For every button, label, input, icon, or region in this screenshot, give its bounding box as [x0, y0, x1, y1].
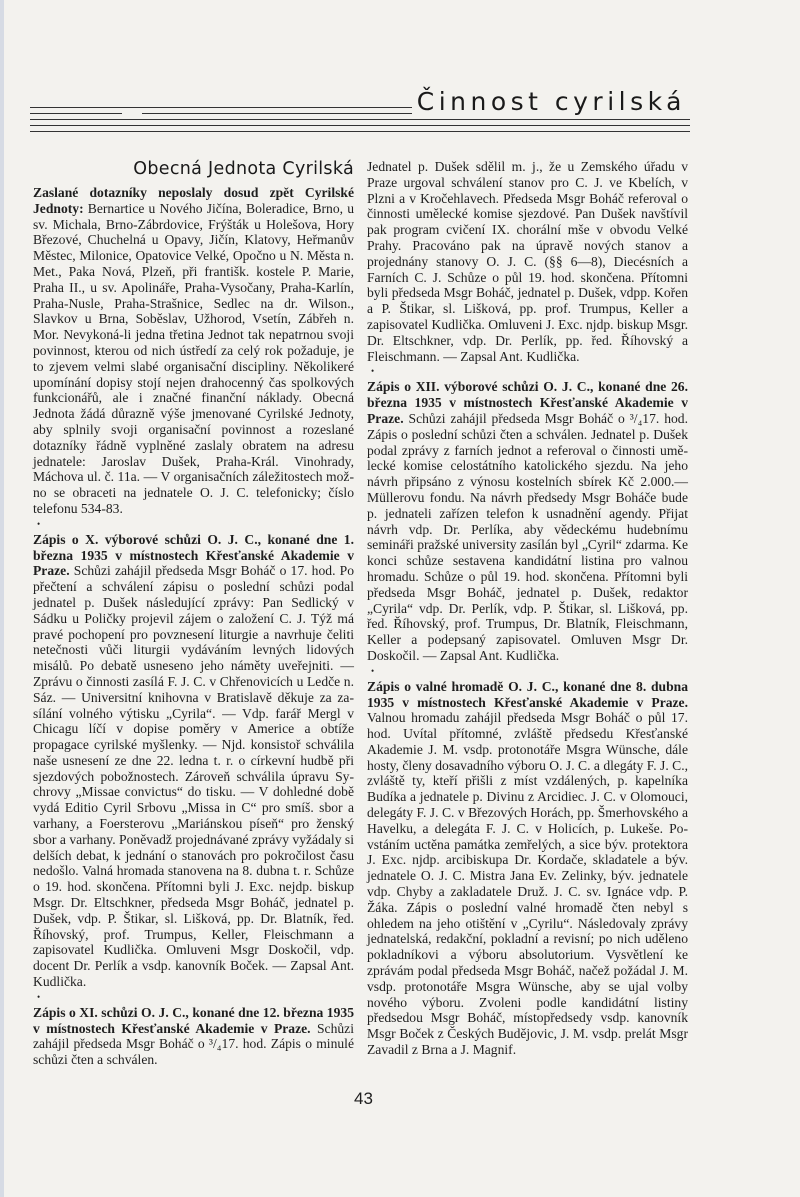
paragraph-minutes-xi: Zápis o XI. schůzi O. J. C., konané dne …	[33, 1005, 354, 1068]
header-rule	[30, 125, 690, 126]
paragraph-questionnaires: Zaslané dotazníky neposlaly dosud zpět C…	[33, 185, 354, 517]
section-title: Obecná Jednota Cyrilská	[33, 158, 354, 180]
scan-spine-edge	[0, 0, 4, 1197]
header-rule	[30, 113, 122, 114]
paragraph-body: Schůzi zahájil předseda Msgr Boháč o ³/₄…	[367, 411, 688, 663]
paragraph-minutes-x: Zápis o X. výborové schůzi O. J. C., kon…	[33, 532, 354, 990]
separator-bullet-icon: •	[367, 366, 688, 376]
running-header-title: Činnost cyrilská	[413, 88, 686, 116]
paragraph-body: Jednatel p. Dušek sdělil m. j., že u Zem…	[367, 159, 688, 364]
paragraph-general-assembly: Zápis o valné hromadě O. J. C., konané d…	[367, 679, 688, 1058]
paragraph-minutes-xii: Zápis o XII. výborové schůzi O. J. C., k…	[367, 379, 688, 663]
separator-bullet-icon: •	[33, 519, 354, 529]
paragraph-body: Valnou hromadu zahájil předseda Msgr Boh…	[367, 710, 688, 1057]
header-rule	[30, 107, 412, 108]
header-rule	[30, 131, 690, 132]
page-number: 43	[354, 1089, 373, 1109]
paragraph-body: Schůzi zahájil předseda Msgr Boháč o 17.…	[33, 563, 354, 989]
paragraph-minutes-xi-continued: Jednatel p. Dušek sdělil m. j., že u Zem…	[367, 159, 688, 364]
separator-bullet-icon: •	[367, 666, 688, 676]
paragraph-lead: Zápis o XI. schůzi O. J. C., konané dne …	[33, 1005, 354, 1036]
header-rule	[30, 119, 690, 120]
page-header: Činnost cyrilská	[30, 86, 690, 134]
left-column: Obecná Jednota Cyrilská Zaslané dotazník…	[33, 158, 354, 1068]
right-column: Jednatel p. Dušek sdělil m. j., že u Zem…	[367, 159, 688, 1058]
paragraph-body: Bernartice u Nového Jičína, Boleradice, …	[33, 201, 354, 516]
separator-bullet-icon: •	[33, 992, 354, 1002]
paragraph-lead: Zápis o valné hromadě O. J. C., konané d…	[367, 679, 688, 710]
header-rule	[142, 113, 412, 114]
